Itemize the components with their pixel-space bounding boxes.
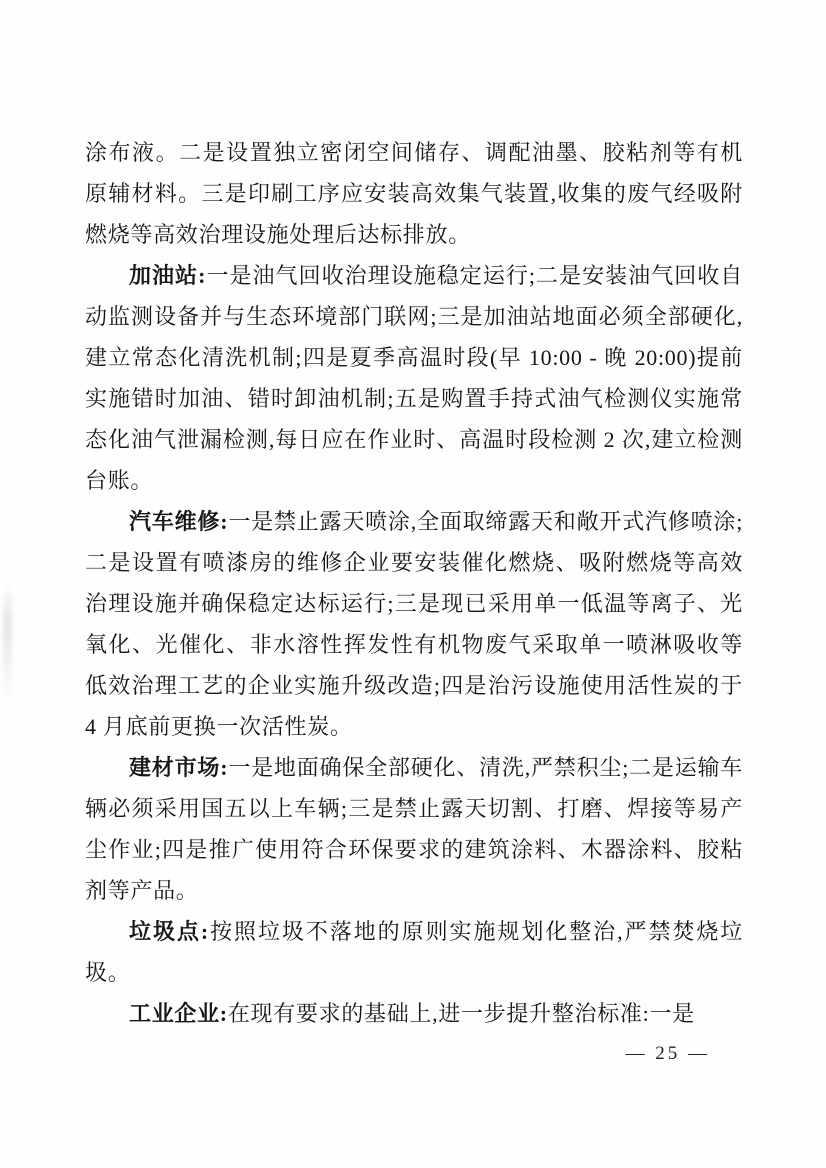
paragraph-lead: 建材市场: (129, 755, 228, 780)
document-page: 涂布液。二是设置独立密闭空间储存、调配油墨、胶粘剂等有机原辅材料。三是印刷工序应… (0, 0, 826, 1168)
paragraph: 加油站:一是油气回收治理设施稳定运行;二是安装油气回收自动监测设备并与生态环境部… (85, 255, 743, 501)
paragraph: 建材市场:一是地面确保全部硬化、清洗,严禁积尘;二是运输车辆必须采用国五以上车辆… (85, 747, 743, 911)
paragraph-lead: 加油站: (129, 263, 206, 288)
paragraph: 垃圾点:按照垃圾不落地的原则实施规划化整治,严禁焚烧垃圾。 (85, 911, 743, 993)
paragraph: 涂布液。二是设置独立密闭空间储存、调配油墨、胶粘剂等有机原辅材料。三是印刷工序应… (85, 132, 743, 255)
paragraph: 工业企业:在现有要求的基础上,进一步提升整治标准:一是 (85, 993, 743, 1034)
document-body: 涂布液。二是设置独立密闭空间储存、调配油墨、胶粘剂等有机原辅材料。三是印刷工序应… (85, 132, 743, 1034)
paragraph-lead: 工业企业: (129, 1001, 228, 1026)
scan-artifact (3, 585, 12, 705)
paragraph: 汽车维修:一是禁止露天喷涂,全面取缔露天和敞开式汽修喷涂;二是设置有喷漆房的维修… (85, 501, 743, 747)
page-number: — 25 — (626, 1043, 711, 1065)
paragraph-lead: 汽车维修: (129, 509, 228, 534)
paragraph-lead: 垃圾点: (129, 919, 209, 944)
